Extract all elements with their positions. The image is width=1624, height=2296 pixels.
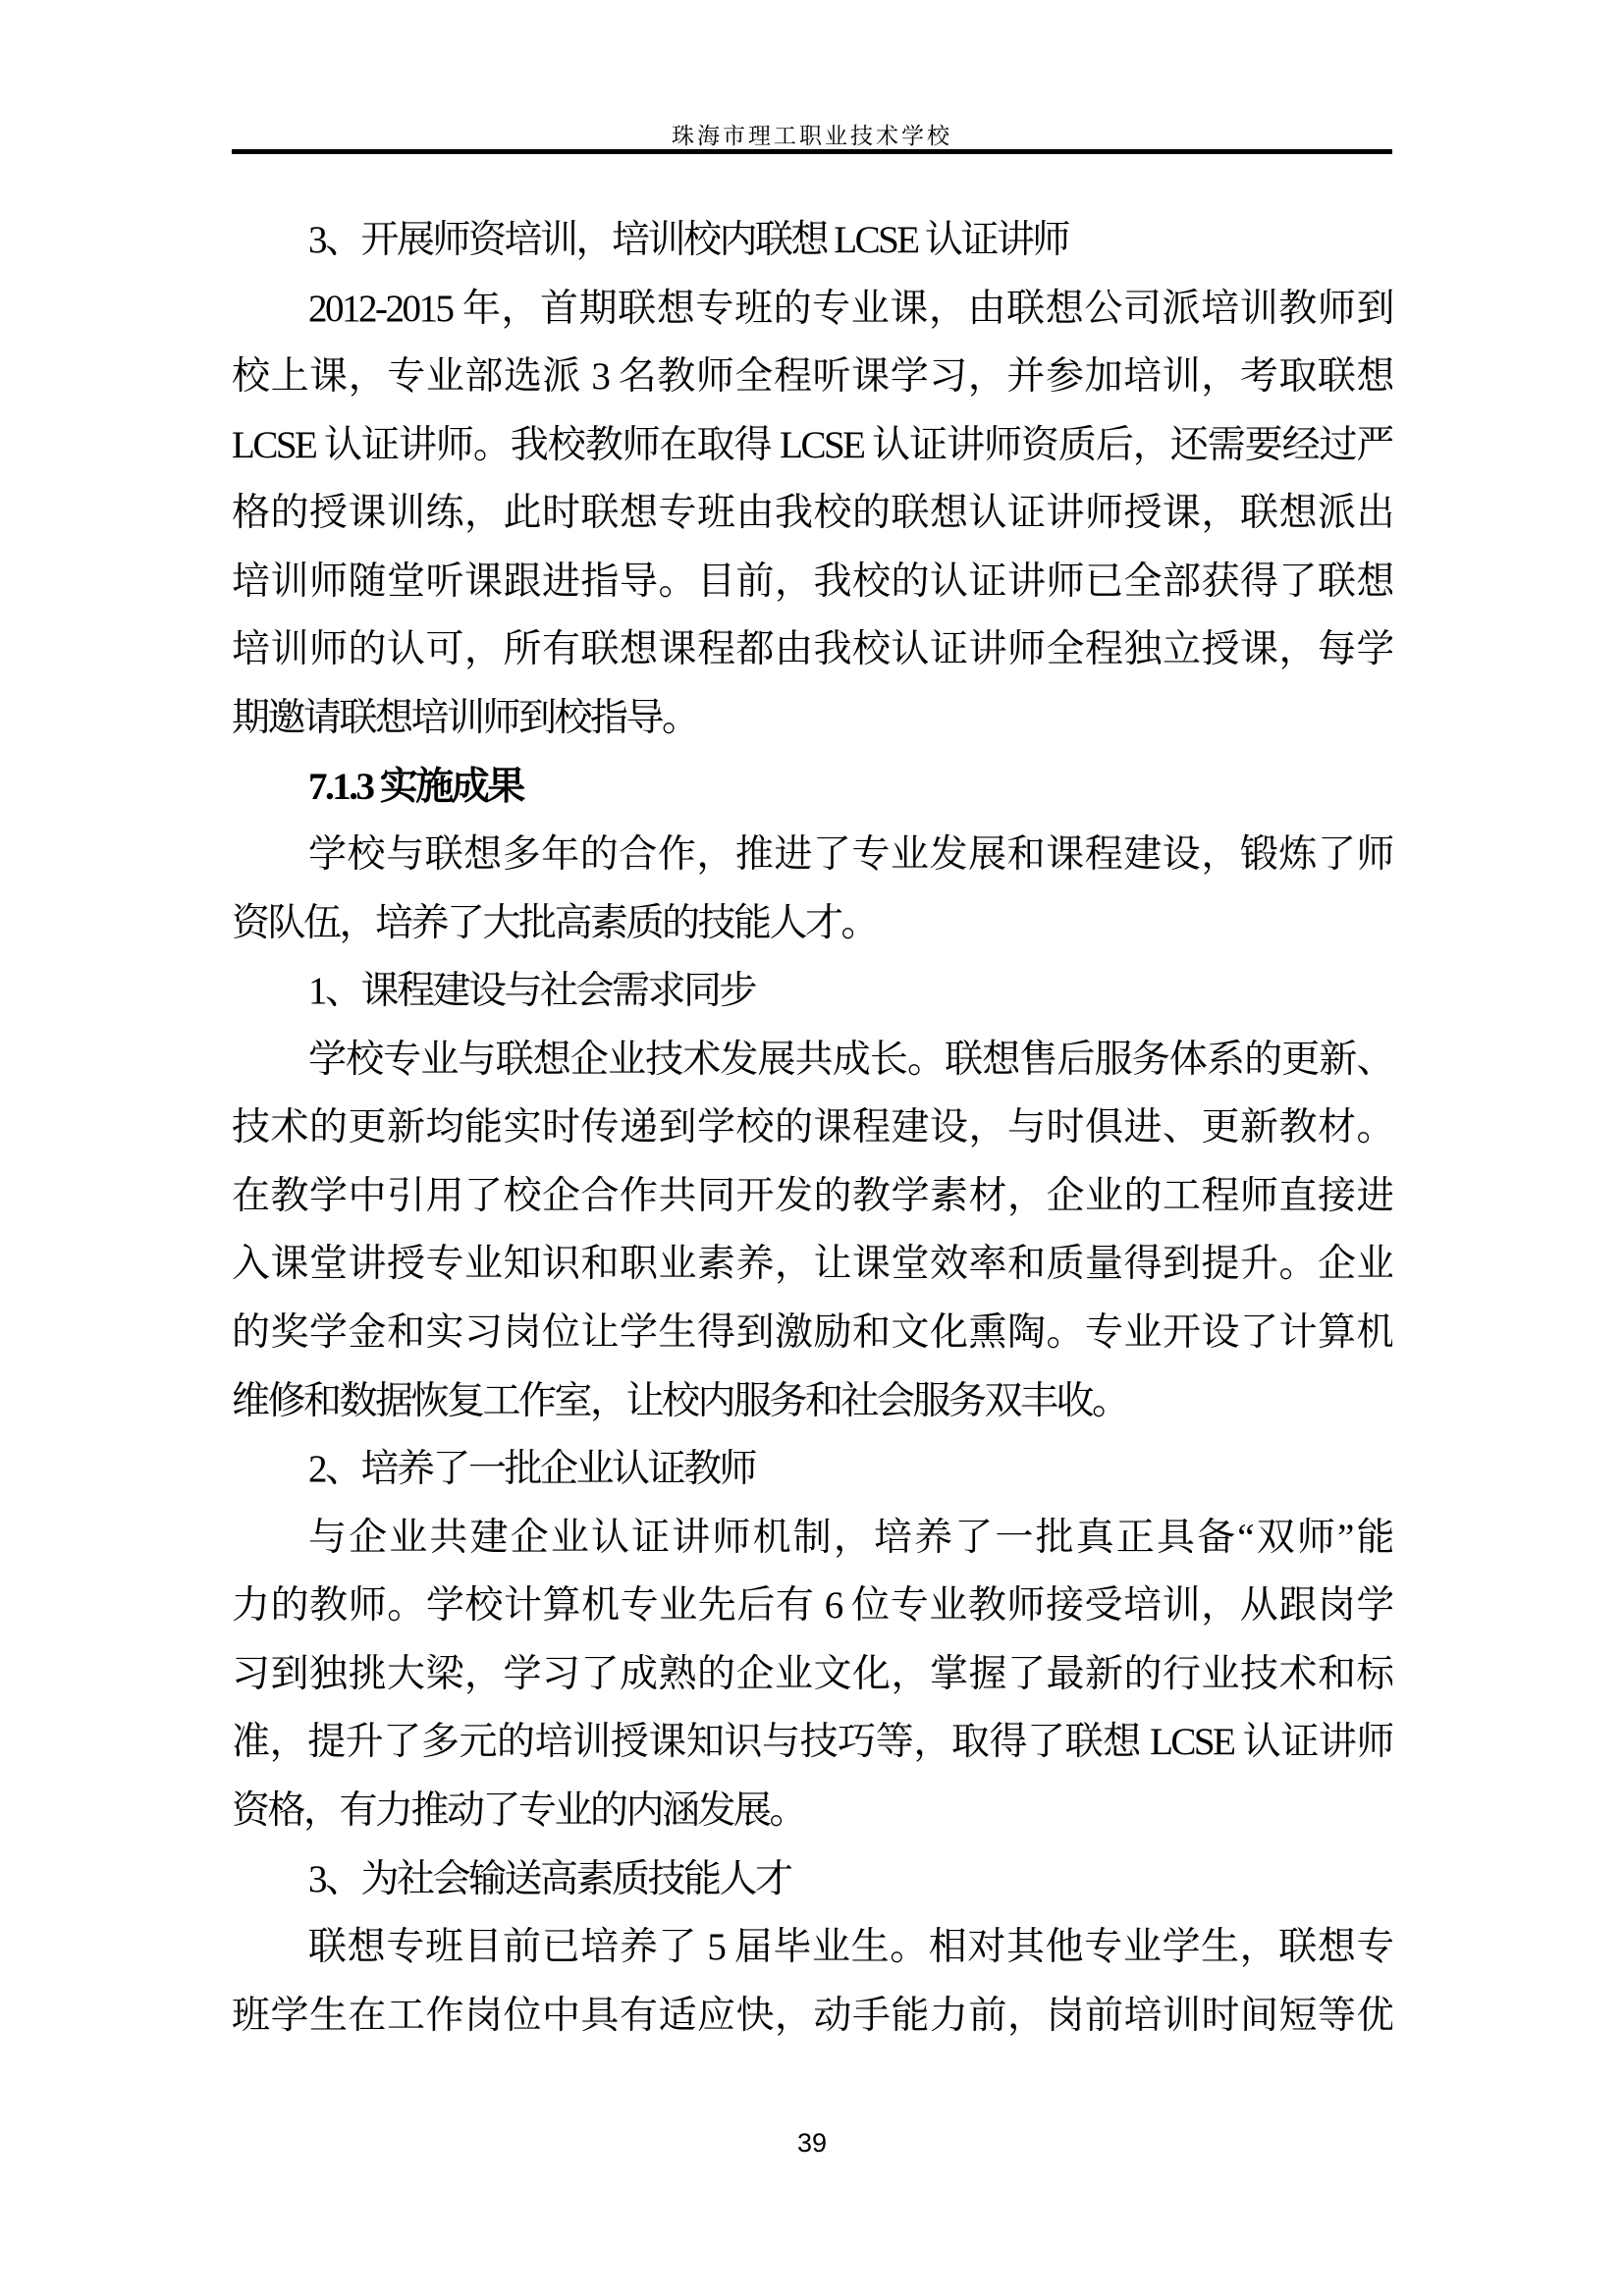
text-line: 技术的更新均能实时传递到学校的课程建设，与时俱进、更新教材。: [232, 1094, 1392, 1162]
text-line: 期邀请联想培训师到校指导。: [232, 684, 1392, 753]
text-line: 资格，有力推动了专业的内涵发展。: [232, 1777, 1392, 1845]
school-name-header: 珠海市理工职业技术学校: [0, 118, 1624, 150]
page: 珠海市理工职业技术学校 3、开展师资培训，培训校内联想 LCSE 认证讲师201…: [0, 0, 1624, 2296]
text-line: 培训师随堂听课跟进指导。目前，我校的认证讲师已全部获得了联想: [232, 548, 1392, 616]
text-line: 入课堂讲授专业知识和职业素养，让课堂效率和质量得到提升。企业: [232, 1230, 1392, 1299]
text-line: 学校与联想多年的合作，推进了专业发展和课程建设，锻炼了师: [232, 821, 1392, 889]
text-line: 维修和数据恢复工作室，让校内服务和社会服务双丰收。: [232, 1367, 1392, 1436]
text-line: 3、为社会输送高素质技能人才: [232, 1845, 1392, 1914]
text-line: 校上课，专业部选派 3 名教师全程听课学习，并参加培训，考取联想: [232, 343, 1392, 411]
text-line: 资队伍，培养了大批高素质的技能人才。: [232, 889, 1392, 958]
text-line: 学校专业与联想企业技术发展共成长。联想售后服务体系的更新、: [232, 1026, 1392, 1095]
text-line: 2、培养了一批企业认证教师: [232, 1435, 1392, 1504]
text-line: 的奖学金和实习岗位让学生得到激励和文化熏陶。专业开设了计算机: [232, 1299, 1392, 1367]
text-line: 1、课程建设与社会需求同步: [232, 957, 1392, 1026]
text-line: 3、开展师资培训，培训校内联想 LCSE 认证讲师: [232, 206, 1392, 275]
text-line: 与企业共建企业认证讲师机制，培养了一批真正具备“双师”能: [232, 1504, 1392, 1573]
header-rule: [232, 149, 1392, 154]
text-line: LCSE 认证讲师。我校教师在取得 LCSE 认证讲师资质后，还需要经过严: [232, 411, 1392, 480]
document-body: 3、开展师资培训，培训校内联想 LCSE 认证讲师2012-2015 年，首期联…: [232, 206, 1392, 2050]
page-footer: 39: [0, 2128, 1624, 2159]
text-line: 格的授课训练，此时联想专班由我校的联想认证讲师授课，联想派出: [232, 479, 1392, 548]
text-line: 在教学中引用了校企合作共同开发的教学素材，企业的工程师直接进: [232, 1162, 1392, 1231]
text-line: 2012-2015 年，首期联想专班的专业课，由联想公司派培训教师到: [232, 275, 1392, 344]
text-line: 培训师的认可，所有联想课程都由我校认证讲师全程独立授课，每学: [232, 615, 1392, 684]
text-line: 力的教师。学校计算机专业先后有 6 位专业教师接受培训，从跟岗学: [232, 1572, 1392, 1640]
text-line: 联想专班目前已培养了 5 届毕业生。相对其他专业学生，联想专: [232, 1913, 1392, 1982]
text-line: 班学生在工作岗位中具有适应快，动手能力前，岗前培训时间短等优: [232, 1982, 1392, 2051]
text-line: 7.1.3 实施成果: [232, 753, 1392, 822]
page-number: 39: [797, 2128, 827, 2158]
text-line: 习到独挑大梁，学习了成熟的企业文化，掌握了最新的行业技术和标: [232, 1640, 1392, 1709]
text-line: 准，提升了多元的培训授课知识与技巧等，取得了联想 LCSE 认证讲师: [232, 1708, 1392, 1777]
